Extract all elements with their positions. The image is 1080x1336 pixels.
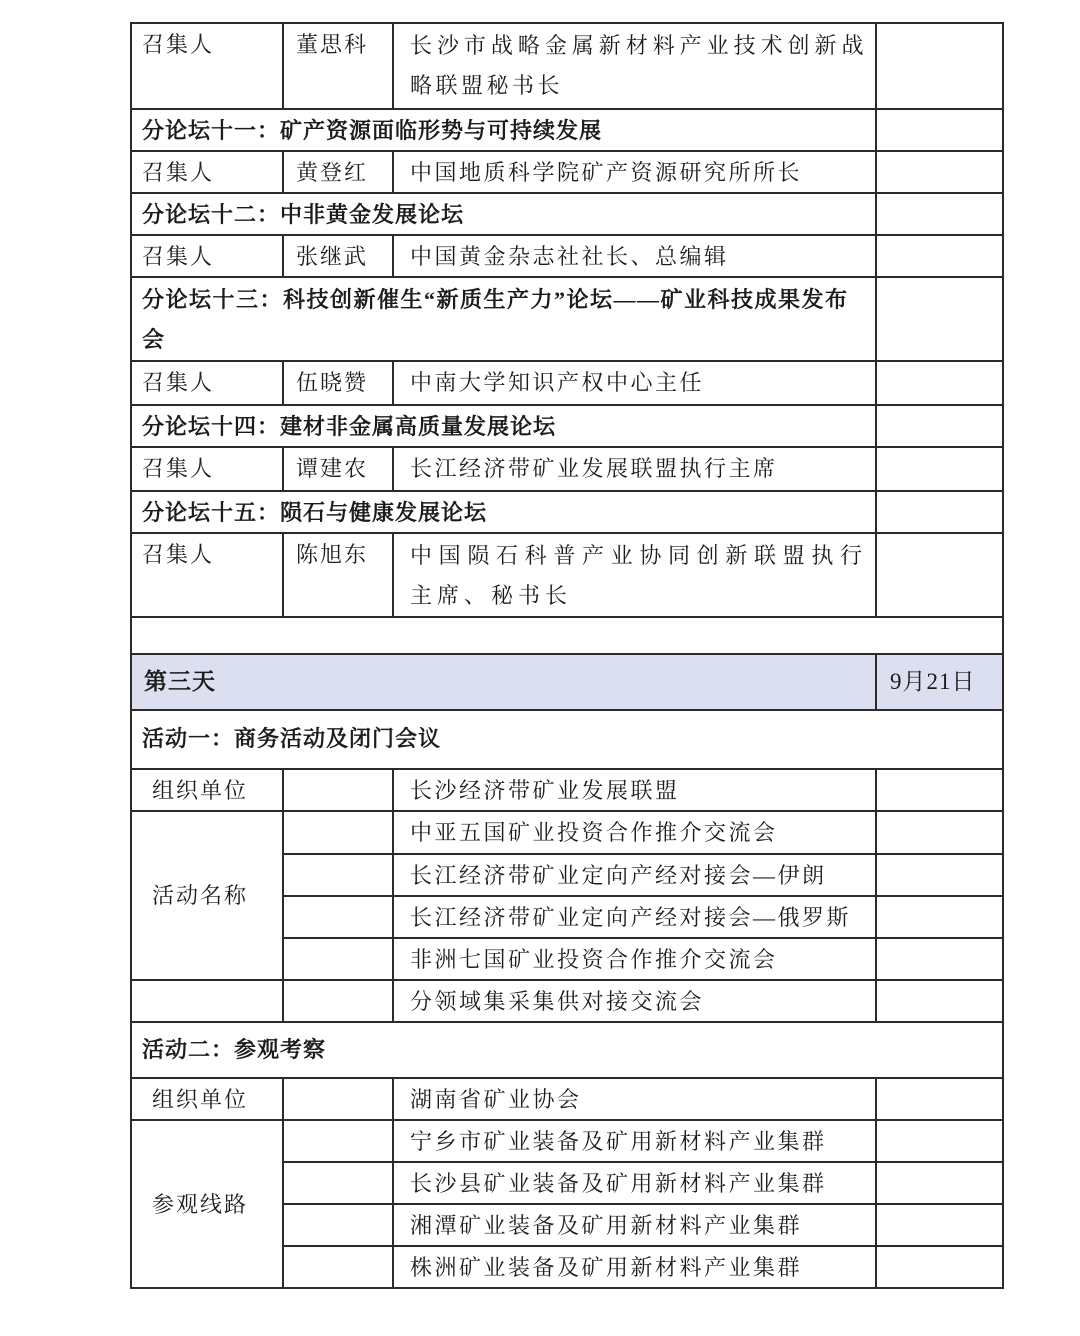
- table-row: 分论坛十三：科技创新催生“新质生产力”论坛——矿业科技成果发布会: [131, 277, 1003, 361]
- convener-name: 张继武: [283, 235, 393, 277]
- empty-cell: [131, 980, 283, 1022]
- empty-cell: [876, 938, 1003, 980]
- table-row: 召集人 谭建农 长江经济带矿业发展联盟执行主席: [131, 447, 1003, 491]
- convener-desc: 中南大学知识产权中心主任: [393, 361, 876, 405]
- empty-cell: [283, 896, 393, 938]
- empty-cell: [876, 235, 1003, 277]
- empty-cell: [876, 1246, 1003, 1288]
- route-item: 长沙县矿业装备及矿用新材料产业集群: [393, 1162, 876, 1204]
- extra-activity-item: 分领域集采集供对接交流会: [393, 980, 876, 1022]
- empty-cell: [876, 980, 1003, 1022]
- convener-label: 召集人: [131, 235, 283, 277]
- forum-12-header: 分论坛十二：中非黄金发展论坛: [131, 193, 876, 235]
- convener-label: 召集人: [131, 151, 283, 193]
- empty-cell: [876, 109, 1003, 151]
- org-unit-value: 湖南省矿业协会: [393, 1078, 876, 1120]
- empty-cell: [283, 980, 393, 1022]
- empty-cell: [876, 193, 1003, 235]
- convener-desc: 中国黄金杂志社社长、总编辑: [393, 235, 876, 277]
- table-row: 活动二：参观考察: [131, 1022, 1003, 1078]
- empty-cell: [876, 491, 1003, 533]
- convener-label: 召集人: [131, 361, 283, 405]
- empty-cell: [876, 1204, 1003, 1246]
- day3-date: 9月21日: [876, 654, 1003, 710]
- convener-name: 谭建农: [283, 447, 393, 491]
- table-row: 分论坛十二：中非黄金发展论坛: [131, 193, 1003, 235]
- table-row: 分论坛十五：陨石与健康发展论坛: [131, 491, 1003, 533]
- table-row: 活动名称 中亚五国矿业投资合作推介交流会: [131, 811, 1003, 854]
- forum-14-header: 分论坛十四：建材非金属高质量发展论坛: [131, 405, 876, 447]
- empty-cell: [876, 896, 1003, 938]
- table-row: 活动一：商务活动及闭门会议: [131, 710, 1003, 769]
- org-unit-label: 组织单位: [131, 769, 283, 811]
- schedule-table: 召集人 董思科 长沙市战略金属新材料产业技术创新战略联盟秘书长 分论坛十一：矿产…: [130, 22, 1004, 1289]
- convener-name: 董思科: [283, 23, 393, 109]
- table-row: 召集人 张继武 中国黄金杂志社社长、总编辑: [131, 235, 1003, 277]
- empty-cell: [283, 1120, 393, 1162]
- empty-cell: [876, 811, 1003, 854]
- empty-cell: [283, 1078, 393, 1120]
- route-item: 株洲矿业装备及矿用新材料产业集群: [393, 1246, 876, 1288]
- table-row: [131, 617, 1003, 654]
- empty-cell: [876, 361, 1003, 405]
- convener-desc: 长沙市战略金属新材料产业技术创新战略联盟秘书长: [393, 23, 876, 109]
- activity-item: 非洲七国矿业投资合作推介交流会: [393, 938, 876, 980]
- convener-desc: 长江经济带矿业发展联盟执行主席: [393, 447, 876, 491]
- route-item: 宁乡市矿业装备及矿用新材料产业集群: [393, 1120, 876, 1162]
- empty-cell: [283, 1204, 393, 1246]
- empty-cell: [283, 769, 393, 811]
- convener-label: 召集人: [131, 23, 283, 109]
- table-row: 第三天 9月21日: [131, 654, 1003, 710]
- org-unit-value: 长沙经济带矿业发展联盟: [393, 769, 876, 811]
- empty-cell: [876, 23, 1003, 109]
- convener-desc: 中国陨石科普产业协同创新联盟执行主席、秘书长: [393, 533, 876, 617]
- empty-cell: [876, 769, 1003, 811]
- route-label: 参观线路: [131, 1120, 283, 1288]
- forum-15-header: 分论坛十五：陨石与健康发展论坛: [131, 491, 876, 533]
- table-row: 召集人 伍晓赞 中南大学知识产权中心主任: [131, 361, 1003, 405]
- empty-cell: [876, 447, 1003, 491]
- empty-cell: [283, 938, 393, 980]
- table-row: 分论坛十一：矿产资源面临形势与可持续发展: [131, 109, 1003, 151]
- convener-name: 黄登红: [283, 151, 393, 193]
- convener-label: 召集人: [131, 533, 283, 617]
- convener-name: 伍晓赞: [283, 361, 393, 405]
- table-row: 分领域集采集供对接交流会: [131, 980, 1003, 1022]
- forum-11-header: 分论坛十一：矿产资源面临形势与可持续发展: [131, 109, 876, 151]
- table-row: 分论坛十四：建材非金属高质量发展论坛: [131, 405, 1003, 447]
- empty-cell: [283, 854, 393, 896]
- activity-item: 中亚五国矿业投资合作推介交流会: [393, 811, 876, 854]
- activity-item: 长江经济带矿业定向产经对接会—俄罗斯: [393, 896, 876, 938]
- empty-cell: [876, 405, 1003, 447]
- table-row: 召集人 董思科 长沙市战略金属新材料产业技术创新战略联盟秘书长: [131, 23, 1003, 109]
- table-row: 参观线路 宁乡市矿业装备及矿用新材料产业集群: [131, 1120, 1003, 1162]
- convener-label: 召集人: [131, 447, 283, 491]
- table-row: 组织单位 长沙经济带矿业发展联盟: [131, 769, 1003, 811]
- convener-name: 陈旭东: [283, 533, 393, 617]
- activity1-header: 活动一：商务活动及闭门会议: [131, 710, 1003, 769]
- document-page: 召集人 董思科 长沙市战略金属新材料产业技术创新战略联盟秘书长 分论坛十一：矿产…: [0, 0, 1080, 1336]
- activity-name-label: 活动名称: [131, 811, 283, 980]
- empty-cell: [876, 1162, 1003, 1204]
- convener-desc: 中国地质科学院矿产资源研究所所长: [393, 151, 876, 193]
- route-item: 湘潭矿业装备及矿用新材料产业集群: [393, 1204, 876, 1246]
- spacer-row-cell: [131, 617, 1003, 654]
- org-unit-label: 组织单位: [131, 1078, 283, 1120]
- empty-cell: [283, 811, 393, 854]
- activity-item: 长江经济带矿业定向产经对接会—伊朗: [393, 854, 876, 896]
- activity2-header: 活动二：参观考察: [131, 1022, 1003, 1078]
- empty-cell: [876, 1120, 1003, 1162]
- table-row: 召集人 陈旭东 中国陨石科普产业协同创新联盟执行主席、秘书长: [131, 533, 1003, 617]
- empty-cell: [876, 151, 1003, 193]
- empty-cell: [283, 1246, 393, 1288]
- forum-13-header: 分论坛十三：科技创新催生“新质生产力”论坛——矿业科技成果发布会: [131, 277, 876, 361]
- empty-cell: [876, 277, 1003, 361]
- empty-cell: [876, 533, 1003, 617]
- table-row: 组织单位 湖南省矿业协会: [131, 1078, 1003, 1120]
- table-row: 召集人 黄登红 中国地质科学院矿产资源研究所所长: [131, 151, 1003, 193]
- empty-cell: [876, 854, 1003, 896]
- empty-cell: [283, 1162, 393, 1204]
- empty-cell: [876, 1078, 1003, 1120]
- day3-label: 第三天: [131, 654, 876, 710]
